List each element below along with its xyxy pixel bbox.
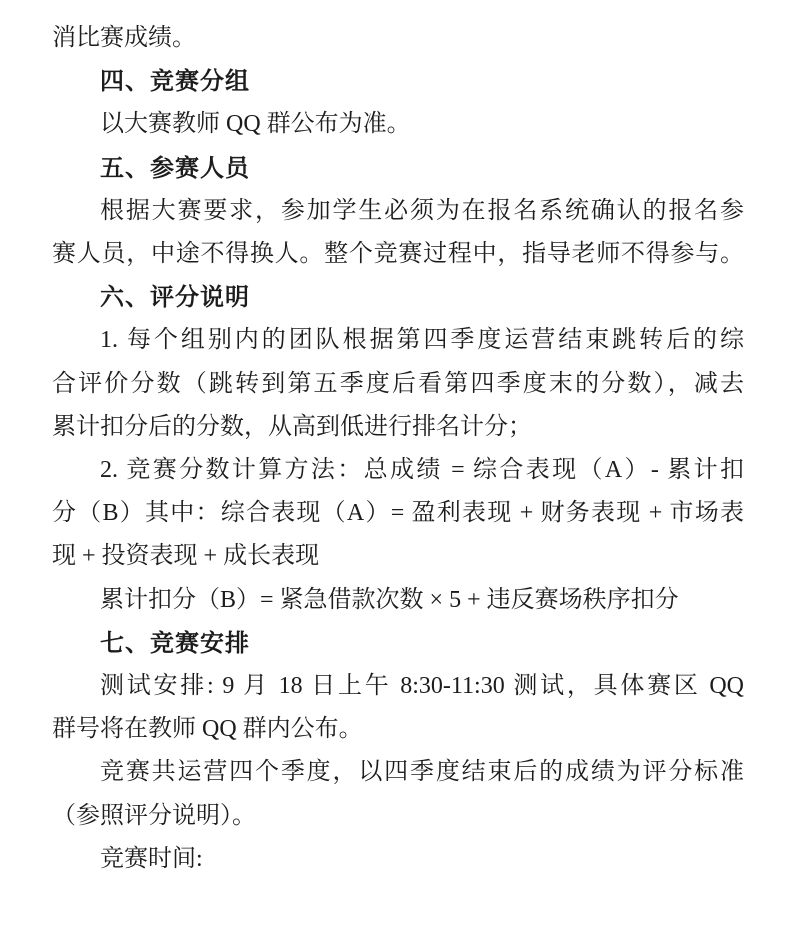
paragraph-scoring-item1-line-2: 合评价分数（跳转到第五季度后看第四季度末的分数），减去 xyxy=(52,363,744,406)
paragraph-test-schedule-line-2: 群号将在教师 QQ 群内公布。 xyxy=(52,708,744,751)
paragraph-scoring-item1-line-3: 累计扣分后的分数，从高到低进行排名计分； xyxy=(52,406,744,449)
section-heading-6-scoring: 六、评分说明 xyxy=(52,276,744,319)
paragraph-competition-time-label: 竞赛时间: xyxy=(52,838,744,881)
paragraph-scoring-item1-line-1: 1. 每个组别内的团队根据第四季度运营结束跳转后的综 xyxy=(52,319,744,362)
paragraph-scoring-item2-line-2: 分（B）其中：综合表现（A）= 盈利表现 + 财务表现 + 市场表 xyxy=(52,492,744,535)
paragraph-deduction-formula: 累计扣分（B）= 紧急借款次数 × 5 + 违反赛场秩序扣分 xyxy=(52,579,744,622)
paragraph-test-schedule-line-1: 测试安排: 9 月 18 日上午 8:30-11:30 测试，具体赛区 QQ xyxy=(52,665,744,708)
paragraph-quarters-line-1: 竞赛共运营四个季度，以四季度结束后的成绩为评分标准 xyxy=(52,751,744,794)
paragraph-scoring-item2-line-3: 现 + 投资表现 + 成长表现 xyxy=(52,535,744,578)
document-page: 消比赛成绩。 四、竞赛分组 以大赛教师 QQ 群公布为准。 五、参赛人员 根据大… xyxy=(0,0,800,927)
paragraph-scoring-item2-line-1: 2. 竞赛分数计算方法：总成绩 = 综合表现（A）- 累计扣 xyxy=(52,449,744,492)
paragraph-participants-line-2: 赛人员，中途不得换人。整个竞赛过程中，指导老师不得参与。 xyxy=(52,233,744,276)
paragraph-grouping-line-1: 以大赛教师 QQ 群公布为准。 xyxy=(52,103,744,146)
paragraph-participants-line-1: 根据大赛要求，参加学生必须为在报名系统确认的报名参 xyxy=(52,190,744,233)
section-heading-5-participants: 五、参赛人员 xyxy=(52,147,744,190)
paragraph-quarters-line-2: （参照评分说明）。 xyxy=(52,795,744,838)
section-heading-7-schedule: 七、竞赛安排 xyxy=(52,622,744,665)
body-line-carryover: 消比赛成绩。 xyxy=(52,17,744,60)
section-heading-4-grouping: 四、竞赛分组 xyxy=(52,60,744,103)
